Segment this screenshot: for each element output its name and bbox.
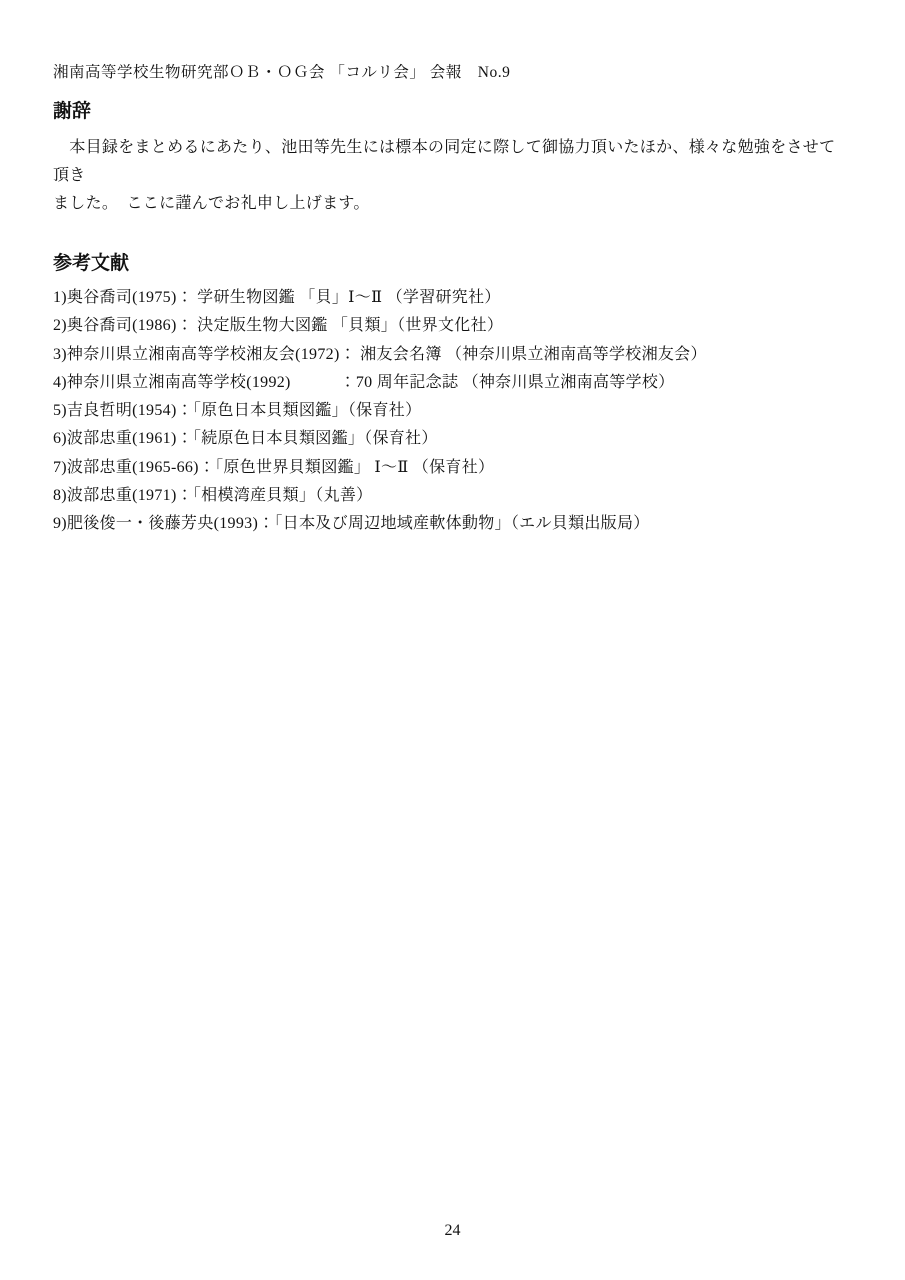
references-heading: 参考文献 bbox=[53, 252, 850, 276]
reference-item: 5)吉良哲明(1954)：「原色日本貝類図鑑」（保育社） bbox=[53, 397, 850, 425]
reference-item: 7)波部忠重(1965-66)：「原色世界貝類図鑑」 Ⅰ～Ⅱ （保育社） bbox=[53, 454, 850, 482]
document-header: 湘南高等学校生物研究部ＯＢ・ＯＧ会 「コルリ会」 会報 No.9 bbox=[53, 62, 850, 84]
document-page: 湘南高等学校生物研究部ＯＢ・ＯＧ会 「コルリ会」 会報 No.9 謝辞 本目録を… bbox=[0, 0, 905, 1280]
reference-item: 6)波部忠重(1961)：「続原色日本貝類図鑑」（保育社） bbox=[53, 425, 850, 453]
acknowledgment-body: 本目録をまとめるにあたり、池田等先生には標本の同定に際して御協力頂いたほか、様々… bbox=[53, 134, 850, 218]
reference-item: 1)奥谷喬司(1975)： 学研生物図鑑 「貝」Ⅰ～Ⅱ （学習研究社） bbox=[53, 284, 850, 312]
page-number: 24 bbox=[0, 1222, 905, 1240]
acknowledgment-heading: 謝辞 bbox=[53, 100, 850, 124]
reference-item: 4)神奈川県立湘南高等学校(1992) ：70 周年記念誌 （神奈川県立湘南高等… bbox=[53, 369, 850, 397]
reference-item: 2)奥谷喬司(1986)： 決定版生物大図鑑 「貝類」（世界文化社） bbox=[53, 312, 850, 340]
references-list: 1)奥谷喬司(1975)： 学研生物図鑑 「貝」Ⅰ～Ⅱ （学習研究社） 2)奥谷… bbox=[53, 284, 850, 539]
reference-item: 3)神奈川県立湘南高等学校湘友会(1972)： 湘友会名簿 （神奈川県立湘南高等… bbox=[53, 341, 850, 369]
reference-item: 8)波部忠重(1971)：「相模湾産貝類」（丸善） bbox=[53, 482, 850, 510]
reference-item: 9)肥後俊一・後藤芳央(1993)：「日本及び周辺地域産軟体動物」（エル貝類出版… bbox=[53, 510, 850, 538]
